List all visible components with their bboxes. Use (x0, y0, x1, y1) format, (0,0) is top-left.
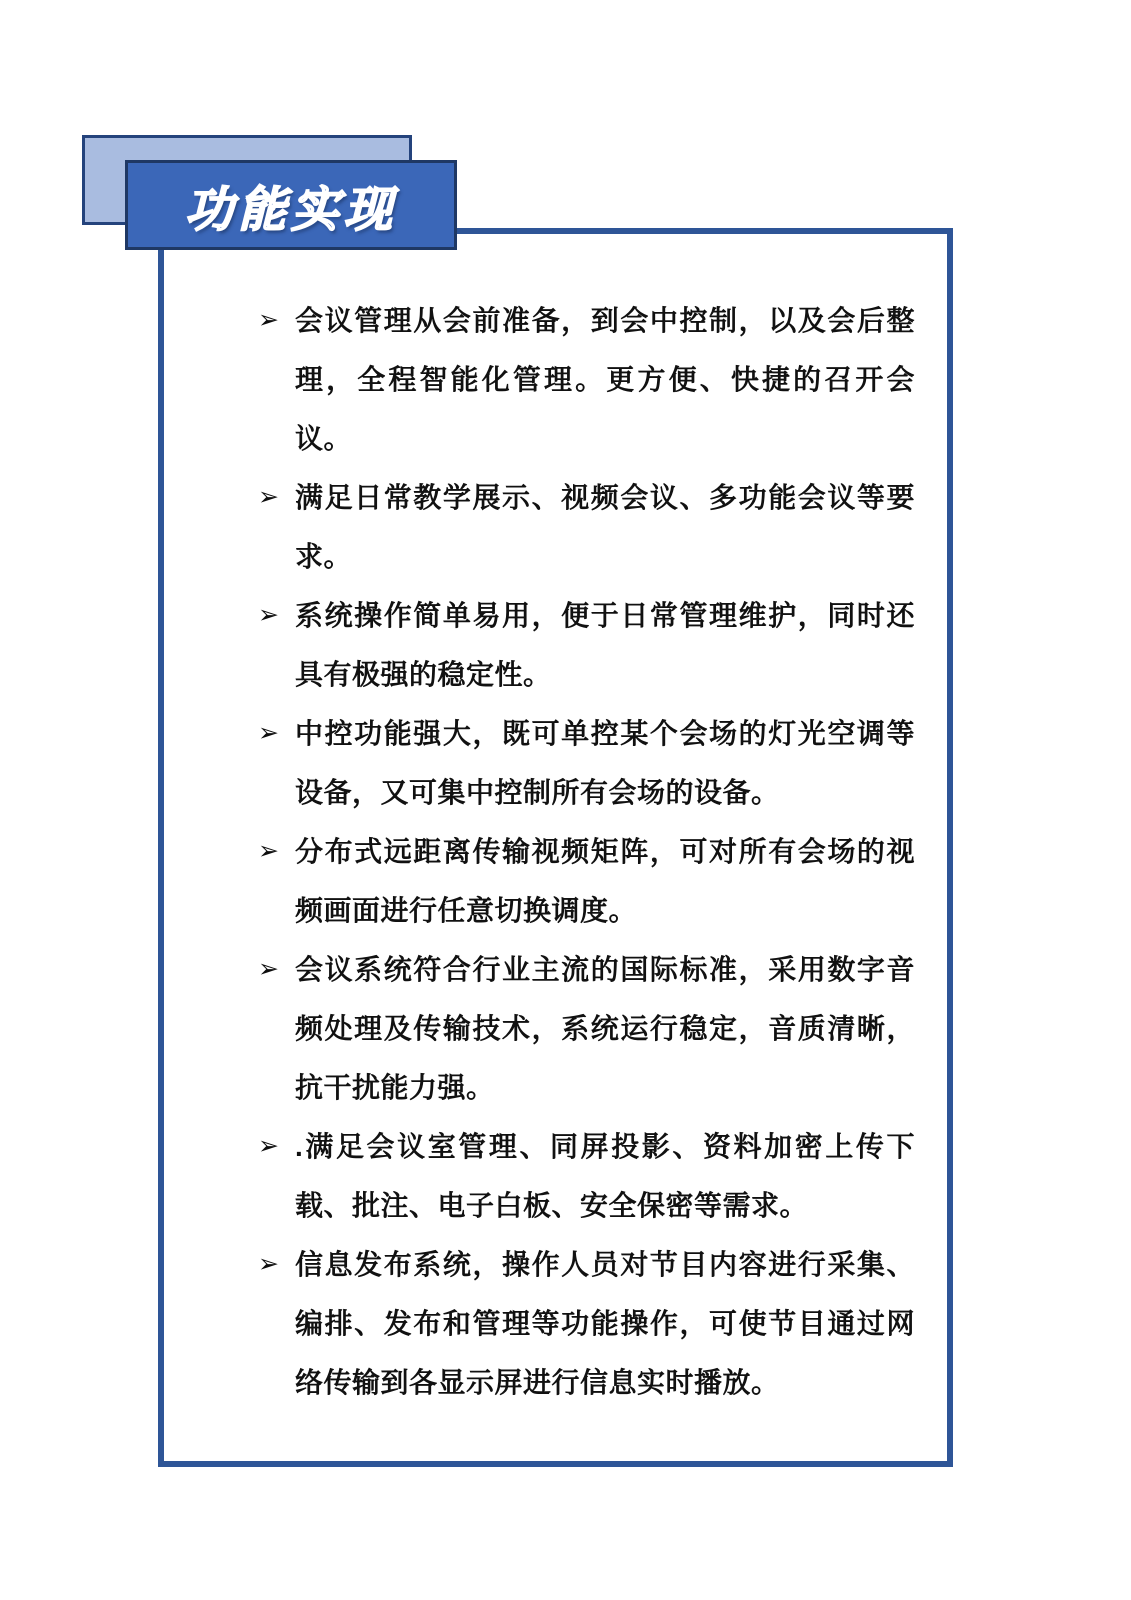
list-item: ➢满足日常教学展示、视频会议、多功能会议等要求。 (258, 468, 915, 586)
list-item: ➢会议管理从会前准备，到会中控制，以及会后整理，全程智能化管理。更方便、快捷的召… (258, 291, 915, 468)
bullet-arrow-icon: ➢ (258, 822, 295, 881)
bullet-arrow-icon: ➢ (258, 1235, 295, 1294)
header-title-box: 功能实现 (125, 160, 457, 250)
list-item-text: 分布式远距离传输视频矩阵，可对所有会场的视频画面进行任意切换调度。 (295, 822, 915, 940)
list-item: ➢分布式远距离传输视频矩阵，可对所有会场的视频画面进行任意切换调度。 (258, 822, 915, 940)
bullet-arrow-icon: ➢ (258, 704, 295, 763)
document-page: 功能实现 ➢会议管理从会前准备，到会中控制，以及会后整理，全程智能化管理。更方便… (0, 0, 1131, 1600)
list-item-text: .满足会议室管理、同屏投影、资料加密上传下载、批注、电子白板、安全保密等需求。 (295, 1117, 915, 1235)
list-item-text: 满足日常教学展示、视频会议、多功能会议等要求。 (295, 468, 915, 586)
page-title: 功能实现 (185, 171, 397, 240)
list-item: ➢.满足会议室管理、同屏投影、资料加密上传下载、批注、电子白板、安全保密等需求。 (258, 1117, 915, 1235)
list-item: ➢会议系统符合行业主流的国际标准，采用数字音频处理及传输技术，系统运行稳定，音质… (258, 940, 915, 1117)
bullet-arrow-icon: ➢ (258, 468, 295, 527)
bullet-arrow-icon: ➢ (258, 291, 295, 350)
feature-list: ➢会议管理从会前准备，到会中控制，以及会后整理，全程智能化管理。更方便、快捷的召… (258, 291, 915, 1412)
list-item-text: 系统操作简单易用，便于日常管理维护，同时还具有极强的稳定性。 (295, 586, 915, 704)
bullet-arrow-icon: ➢ (258, 586, 295, 645)
bullet-arrow-icon: ➢ (258, 940, 295, 999)
list-item-text: 会议系统符合行业主流的国际标准，采用数字音频处理及传输技术，系统运行稳定，音质清… (295, 940, 915, 1117)
list-item: ➢信息发布系统，操作人员对节目内容进行采集、编排、发布和管理等功能操作，可使节目… (258, 1235, 915, 1412)
list-item: ➢系统操作简单易用，便于日常管理维护，同时还具有极强的稳定性。 (258, 586, 915, 704)
bullet-arrow-icon: ➢ (258, 1117, 295, 1176)
list-item-text: 会议管理从会前准备，到会中控制，以及会后整理，全程智能化管理。更方便、快捷的召开… (295, 291, 915, 468)
list-item-text: 信息发布系统，操作人员对节目内容进行采集、编排、发布和管理等功能操作，可使节目通… (295, 1235, 915, 1412)
list-item: ➢中控功能强大，既可单控某个会场的灯光空调等设备，又可集中控制所有会场的设备。 (258, 704, 915, 822)
list-item-text: 中控功能强大，既可单控某个会场的灯光空调等设备，又可集中控制所有会场的设备。 (295, 704, 915, 822)
